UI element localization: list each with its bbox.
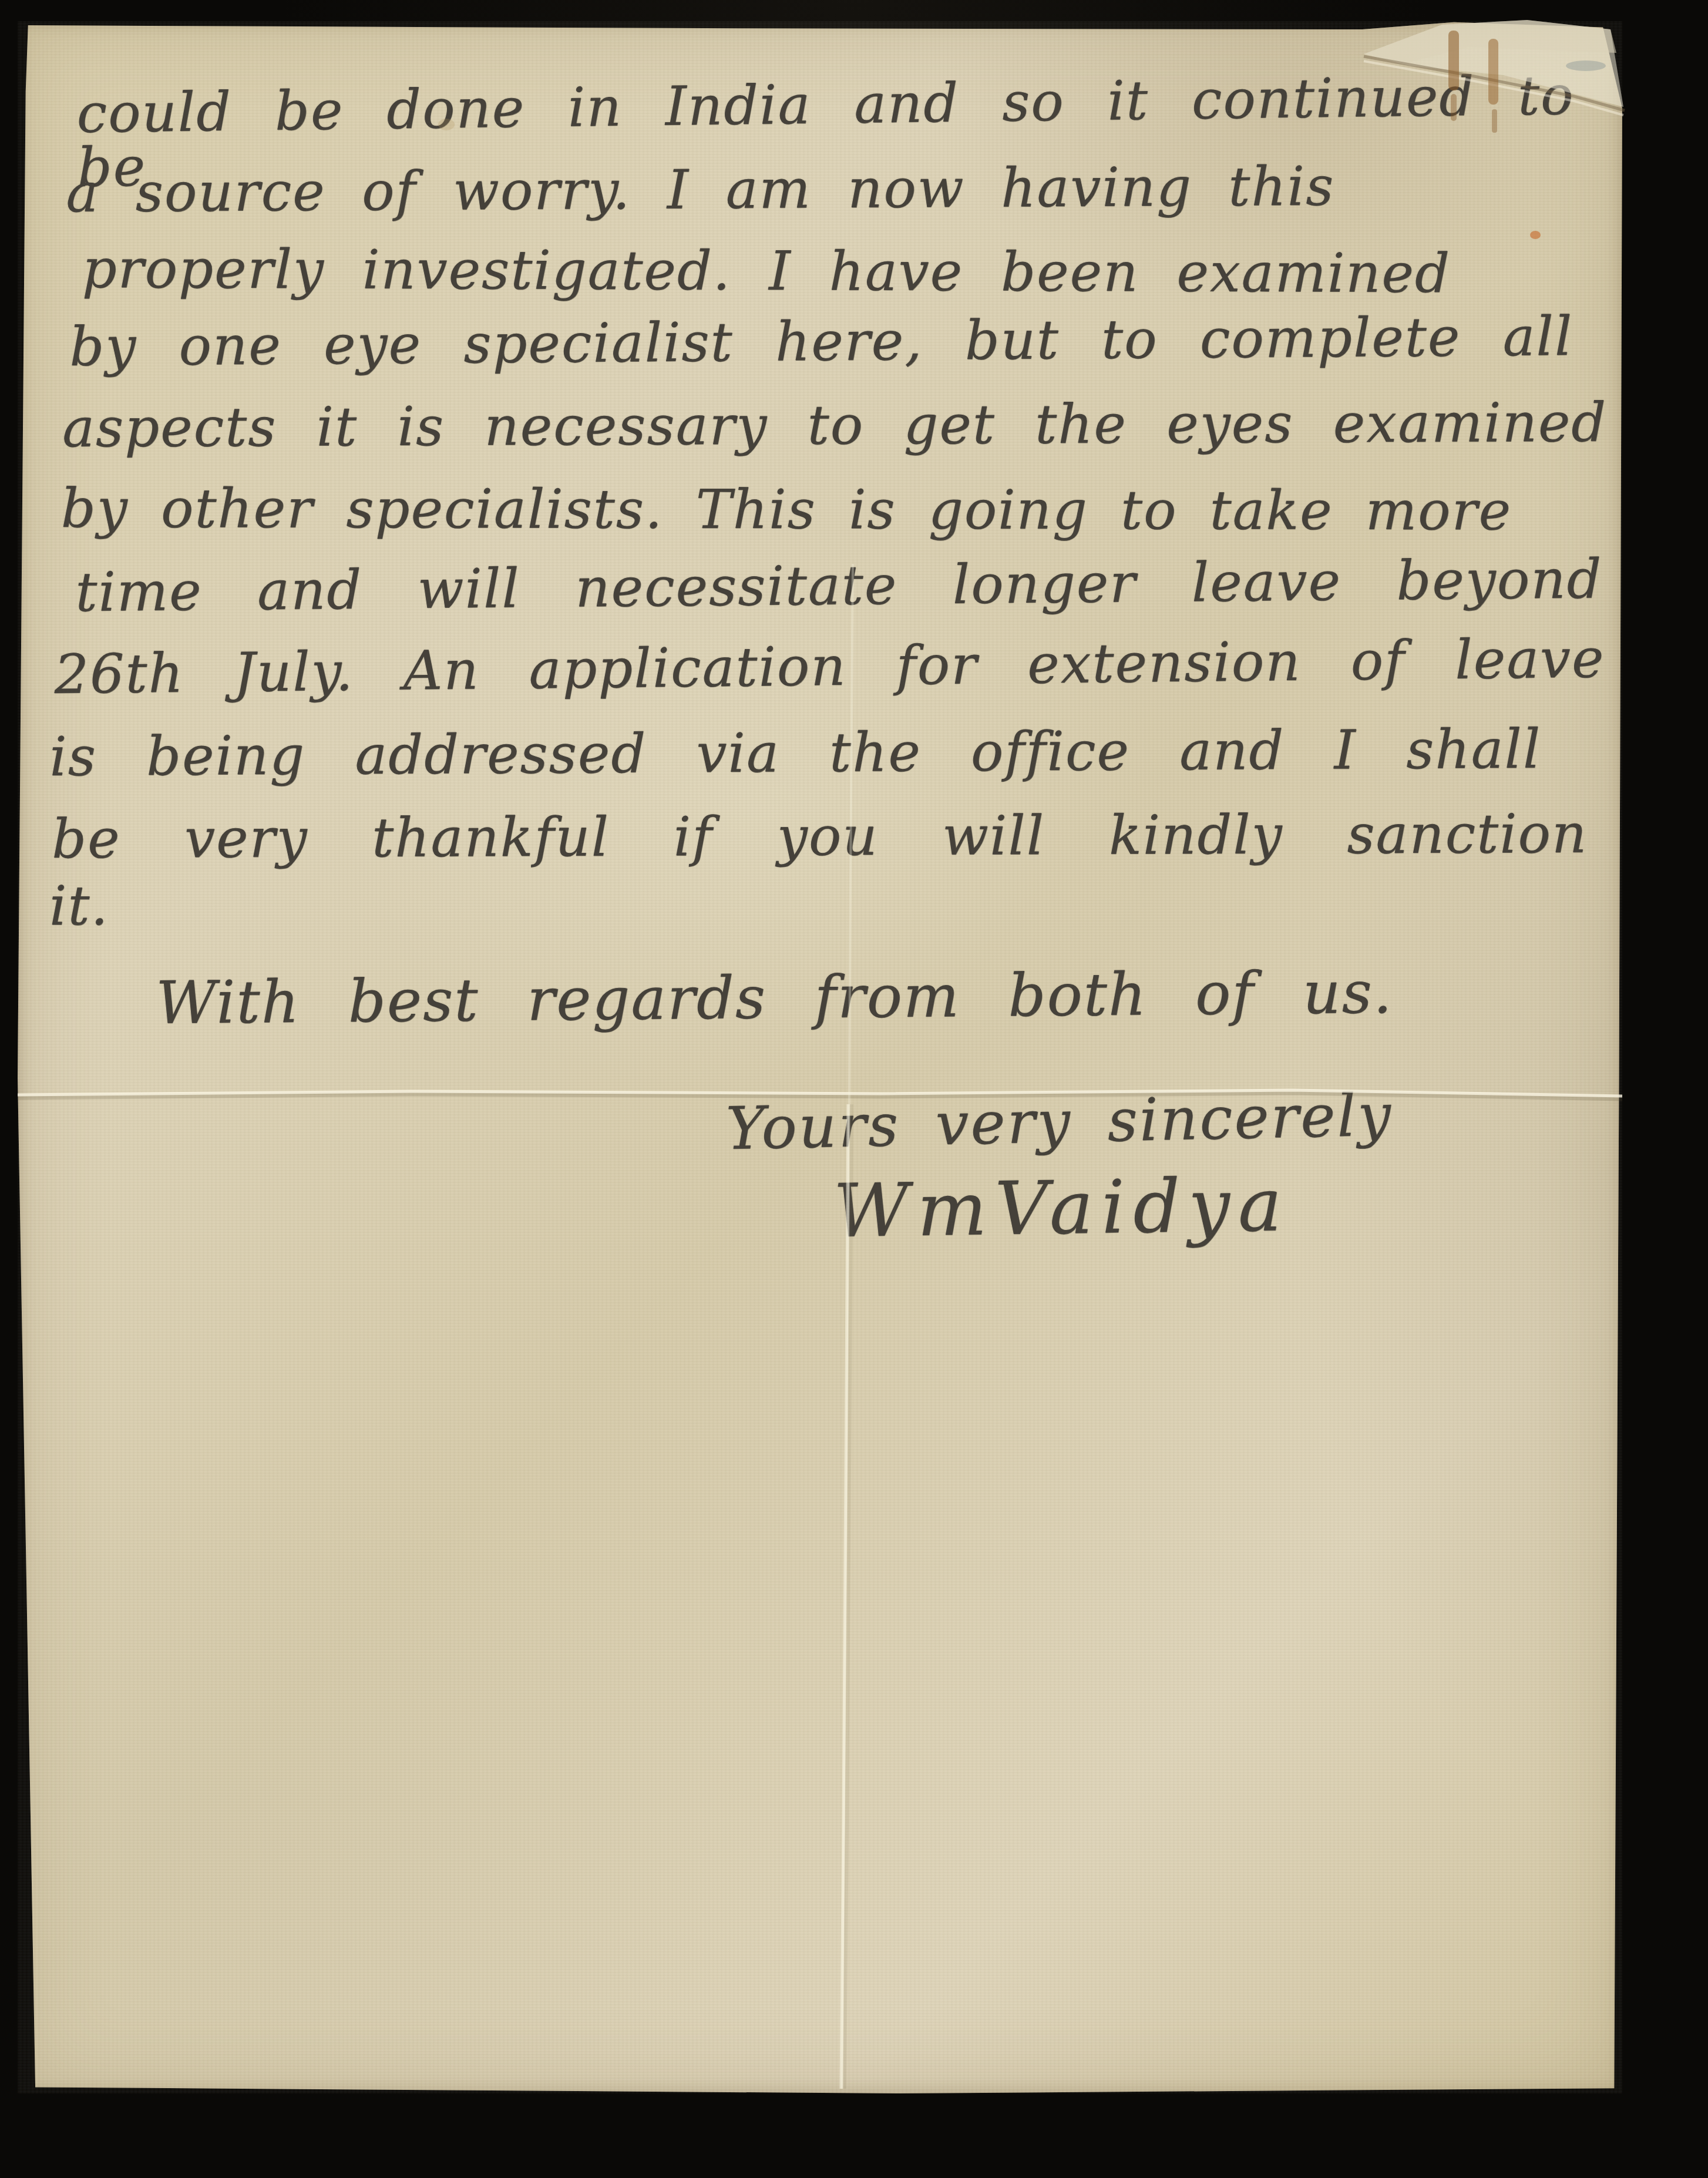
handwriting-line: time and will necessitate longer leave b…: [75, 552, 1603, 620]
signature: WmVaidya: [833, 1168, 1290, 1248]
handwriting-line: a source of worry. I am now having this: [66, 160, 1334, 220]
handwriting-line: by one eye specialist here, but to compl…: [69, 310, 1573, 374]
handwriting-line: by other specialists. This is going to t…: [61, 482, 1512, 538]
handwriting-line: properly investigated. I have been exami…: [82, 242, 1451, 301]
valediction-line: Yours very sincerely: [725, 1085, 1393, 1158]
handwriting-line: be very thankful if you will kindly sanc…: [52, 807, 1588, 866]
handwriting-line: aspects it is necessary to get the eyes …: [62, 396, 1607, 455]
handwriting-line: is being addressed via the office and I …: [49, 722, 1541, 784]
closing-line: With best regards from both of us.: [156, 963, 1393, 1033]
handwriting-line: it.: [49, 879, 109, 933]
handwriting-line: 26th July. An application for extension …: [54, 631, 1605, 702]
